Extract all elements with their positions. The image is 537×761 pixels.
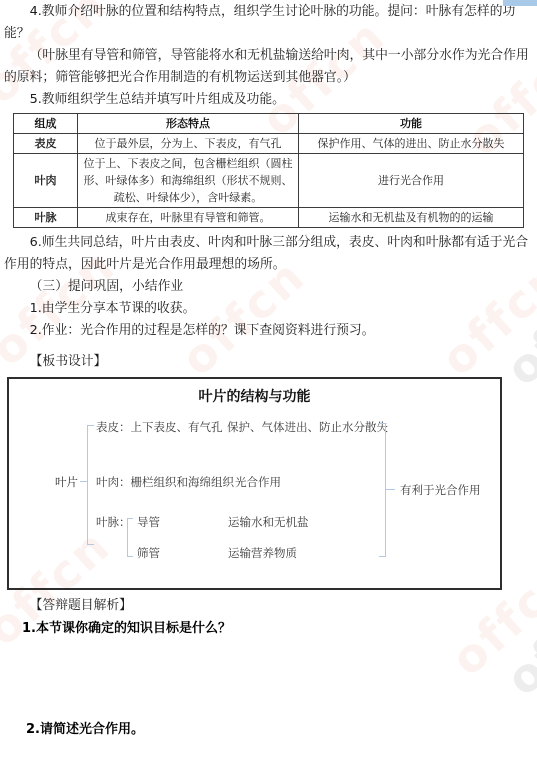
board-vein-label: 叶脉： bbox=[96, 514, 131, 530]
defense-heading: 【答辩题目解析】 bbox=[4, 595, 533, 617]
paragraph-item2: 2.作业：光合作用的过程是怎样的？课下查阅资料进行预习。 bbox=[4, 320, 533, 342]
vein-brace bbox=[127, 518, 133, 557]
header-composition: 组成 bbox=[14, 114, 78, 134]
defense-question-2: 2.请简述光合作用。 bbox=[4, 720, 533, 740]
board-design-heading: 【板书设计】 bbox=[4, 351, 533, 373]
table-row: 表皮 位于最外层，分为上、下表皮，有气孔 保护作用、气体的进出、防止水分散失 bbox=[14, 134, 524, 154]
paragraph-step4: 4.教师介绍叶脉的位置和结构特点，组织学生讨论叶脉的功能。提问：叶脉有怎样的功能… bbox=[4, 1, 533, 45]
document-content: 4.教师介绍叶脉的位置和结构特点，组织学生讨论叶脉的功能。提问：叶脉有怎样的功能… bbox=[0, 0, 537, 761]
board-sieve-function: 运输营养物质 bbox=[228, 545, 297, 561]
cell-vein-feature: 成束存在，叶脉里有导管和筛管。 bbox=[78, 208, 299, 228]
board-epidermis-function: 保护、气体进出、防止水分散失 bbox=[227, 419, 388, 435]
table-header-row: 组成 形态特点 功能 bbox=[14, 114, 524, 134]
header-feature: 形态特点 bbox=[78, 114, 299, 134]
cell-mesophyll-function: 进行光合作用 bbox=[299, 154, 524, 208]
paragraph-step4-answer: （叶脉里有导管和筛管，导管能将水和无机盐输送给叶肉，其中一小部分水作为光合作用的… bbox=[4, 45, 533, 89]
section-heading-3: （三）提问巩固，小结作业 bbox=[4, 276, 533, 298]
board-root-label: 叶片 bbox=[55, 474, 78, 490]
cell-mesophyll-feature: 位于上、下表皮之间，包含栅栏组织（圆柱形、叶绿体多）和海绵组织（形状不规则、疏松… bbox=[78, 154, 299, 208]
header-function: 功能 bbox=[299, 114, 524, 134]
cell-mesophyll-name: 叶肉 bbox=[14, 154, 78, 208]
cell-vein-name: 叶脉 bbox=[14, 208, 78, 228]
function-brace bbox=[379, 423, 386, 557]
leaf-structure-table: 组成 形态特点 功能 表皮 位于最外层，分为上、下表皮，有气孔 保护作用、气体的… bbox=[13, 113, 524, 228]
paragraph-item1: 1.由学生分享本节课的收获。 bbox=[4, 298, 533, 320]
defense-question-1: 1.本节课你确定的知识目标是什么？ bbox=[4, 619, 533, 639]
table-row: 叶肉 位于上、下表皮之间，包含栅栏组织（圆柱形、叶绿体多）和海绵组织（形状不规则… bbox=[14, 154, 524, 208]
root-connector-line bbox=[80, 481, 87, 482]
board-epidermis-label: 表皮：上下表皮、有气孔 bbox=[96, 419, 223, 435]
board-sieve-label: 筛管 bbox=[137, 545, 160, 561]
table-row: 叶脉 成束存在，叶脉里有导管和筛管。 运输水和无机盐及有机物的的运输 bbox=[14, 208, 524, 228]
board-vessel-label: 导管 bbox=[137, 514, 160, 530]
cell-epidermis-name: 表皮 bbox=[14, 134, 78, 154]
board-conclusion: 有利于光合作用 bbox=[400, 482, 481, 498]
paragraph-step5: 5.教师组织学生总结并填写叶片组成及功能。 bbox=[4, 89, 533, 111]
cell-vein-function: 运输水和无机盐及有机物的的运输 bbox=[299, 208, 524, 228]
board-design-box: 叶片的结构与功能 叶片 表皮：上下表皮、有气孔 保护、气体进出、防止水分散失 叶… bbox=[7, 377, 502, 590]
paragraph-step6: 6.师生共同总结，叶片由表皮、叶肉和叶脉三部分组成，表皮、叶肉和叶脉都有适于光合… bbox=[4, 232, 533, 276]
conclusion-connector-line bbox=[385, 489, 395, 490]
board-vessel-function: 运输水和无机盐 bbox=[228, 514, 309, 530]
document-page: offcn offcn offcn offcn offcn offcn offc… bbox=[0, 0, 537, 761]
board-mesophyll-label: 叶肉：栅栏组织和海绵组织 bbox=[96, 474, 234, 490]
board-mesophyll-function: 光合作用 bbox=[235, 474, 281, 490]
leaf-brace bbox=[87, 425, 94, 545]
cell-epidermis-feature: 位于最外层，分为上、下表皮，有气孔 bbox=[78, 134, 299, 154]
board-title: 叶片的结构与功能 bbox=[9, 386, 500, 406]
cell-epidermis-function: 保护作用、气体的进出、防止水分散失 bbox=[299, 134, 524, 154]
top-right-highlight-bar bbox=[503, 0, 537, 6]
